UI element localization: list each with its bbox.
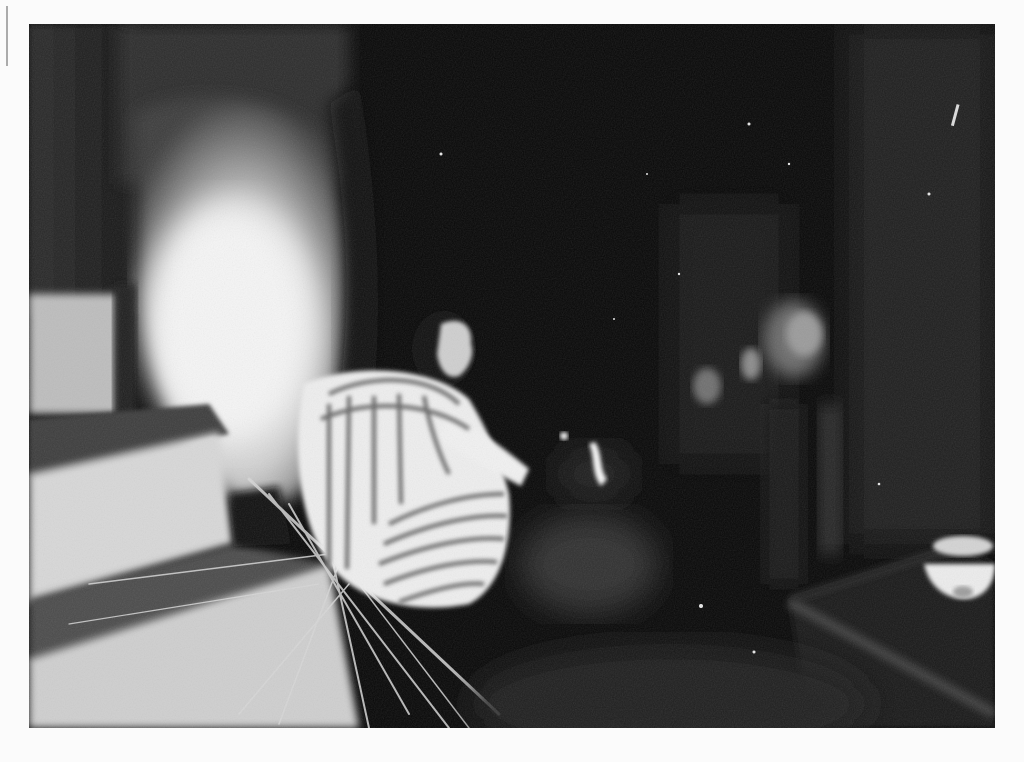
film-grain	[29, 24, 995, 728]
scan-edge-mark	[6, 6, 8, 66]
photograph: Dim interior with a woman in a striped d…	[29, 24, 995, 728]
photo-canvas	[29, 24, 995, 728]
